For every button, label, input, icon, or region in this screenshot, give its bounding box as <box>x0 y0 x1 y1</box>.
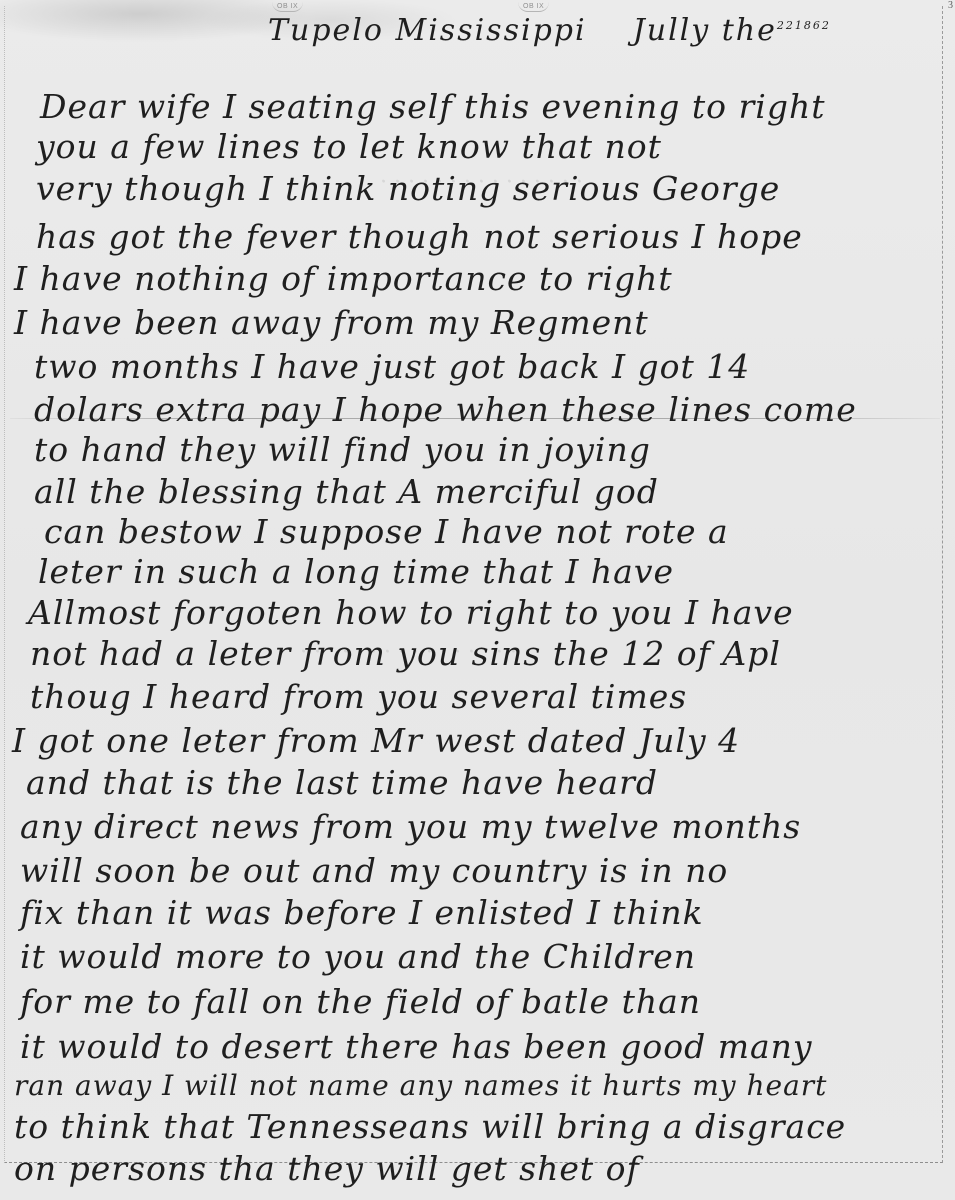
letter-line: all the blessing that A merciful god <box>34 475 659 508</box>
letter-line: you a few lines to let know that not <box>36 130 662 163</box>
letter-line: dolars extra pay I hope when these lines… <box>34 393 857 426</box>
letter-line: to hand they will find you in joying <box>34 433 651 466</box>
heading-day: 22 <box>777 19 795 32</box>
letter-line: not had a leter from you sins the 12 of … <box>30 637 781 670</box>
letter-heading: Tupelo Mississippi Jully the221862 <box>268 16 831 46</box>
letter-line: to think that Tennesseans will bring a d… <box>14 1110 846 1143</box>
letter-line: on persons tha they will get shet of <box>14 1152 640 1185</box>
letter-line: it would to desert there has been good m… <box>20 1030 813 1063</box>
letter-line: for me to fall on the field of batle tha… <box>20 985 701 1018</box>
letter-line: ran away I will not name any names it hu… <box>14 1072 827 1100</box>
letter-line: can bestow I suppose I have not rote a <box>44 515 729 548</box>
letter-line: two months I have just got back I got 14 <box>34 350 750 383</box>
page-corner-mark: 3 <box>948 0 953 11</box>
letter-line: has got the fever though not serious I h… <box>36 220 803 253</box>
letter-line: leter in such a long time that I have <box>38 555 674 588</box>
letter-line: fix than it was before I enlisted I thin… <box>20 896 704 929</box>
letter-line: it would more to you and the Children <box>20 940 696 973</box>
heading-date: Jully the <box>633 13 777 48</box>
letter-line: very though I think noting serious Georg… <box>36 172 780 205</box>
heading-year: 1862 <box>795 19 831 32</box>
letter-line: Allmost forgoten how to right to you I h… <box>28 596 794 629</box>
letter-line: I have been away from my Regment <box>14 306 649 339</box>
letter-line: thoug I heard from you several times <box>30 680 687 713</box>
scanned-letter-page: OB IX OB IX 3 · · · · · · · · · · · · · … <box>0 0 955 1200</box>
letter-line: I have nothing of importance to right <box>14 262 673 295</box>
heading-place: Tupelo Mississippi <box>268 13 587 48</box>
letter-line: and that is the last time have heard <box>26 766 658 799</box>
letter-line: Dear wife I seating self this evening to… <box>40 90 826 123</box>
letter-line: any direct news from you my twelve month… <box>20 810 801 843</box>
letter-line: will soon be out and my country is in no <box>20 854 728 887</box>
letter-line: I got one leter from Mr west dated July … <box>12 724 740 757</box>
